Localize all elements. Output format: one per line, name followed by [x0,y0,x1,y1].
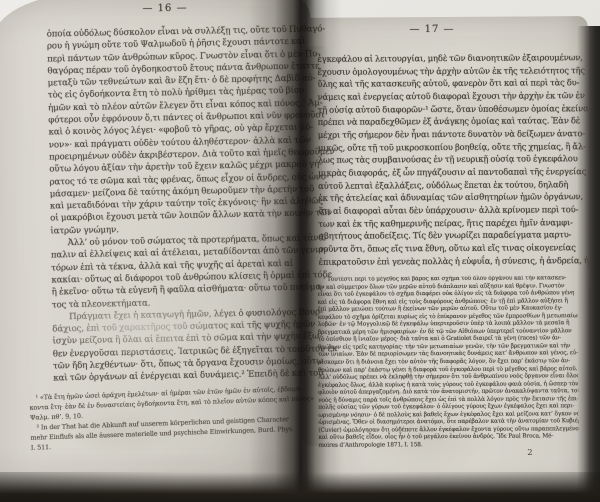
text-line: νάμεις καὶ ἐνεργείας αὐτοῦ διαφοραὶ ἔχου… [318,89,576,103]
right-page-body: ἐγκεφάλου αἱ λειτουργίαι, μηδὲ τῶν διανο… [317,51,576,268]
text-line: ἐγκεφάλου αἱ λειτουργίαι, μηδὲ τῶν διανο… [317,51,575,65]
text-line: ἐπικρατοῦσιν ἐπὶ γενεὰς πολλὰς ἡ εὐφυΐα,… [319,254,577,268]
fore-edge-pages [577,26,600,502]
text-line: ὅτι αἱ διαφοραὶ αὗται δὲν ὑπάρχουσιν· ἀλ… [318,203,576,217]
bottom-shadow [0,472,600,502]
right-page-footnotes: ¹ Τουτέστι περὶ τὸ μέγεθος καὶ βάρος καὶ… [317,275,578,450]
left-page-number: — 16 — [110,2,220,15]
signature-mark: 2 [520,448,540,458]
book-photo: — 16 — — 17 — ὁποία οὐδόλως δύσκολον εἶν… [0,0,600,502]
text-line: μικρὰς διαφοράς, ἐξ ὧν πηγάζουσιν αἱ παν… [318,165,576,179]
text-line: καὶ οὕτω βαθεῖς εἶδον, οἷος ἦν ὁ τοῦ μεγ… [318,434,578,443]
text-line: μέχρι τῆς σήμερον δὲν ἦναι πάντοτε δυνατ… [318,127,576,141]
gutter-shadow [248,0,342,502]
text-line: ροῦντα ὅτι, ὅπως εἴς τινα ἔθνη, οὕτω καὶ… [319,241,577,255]
faded-ink-spot [52,296,267,358]
right-page-number: — 17 — [382,24,482,36]
